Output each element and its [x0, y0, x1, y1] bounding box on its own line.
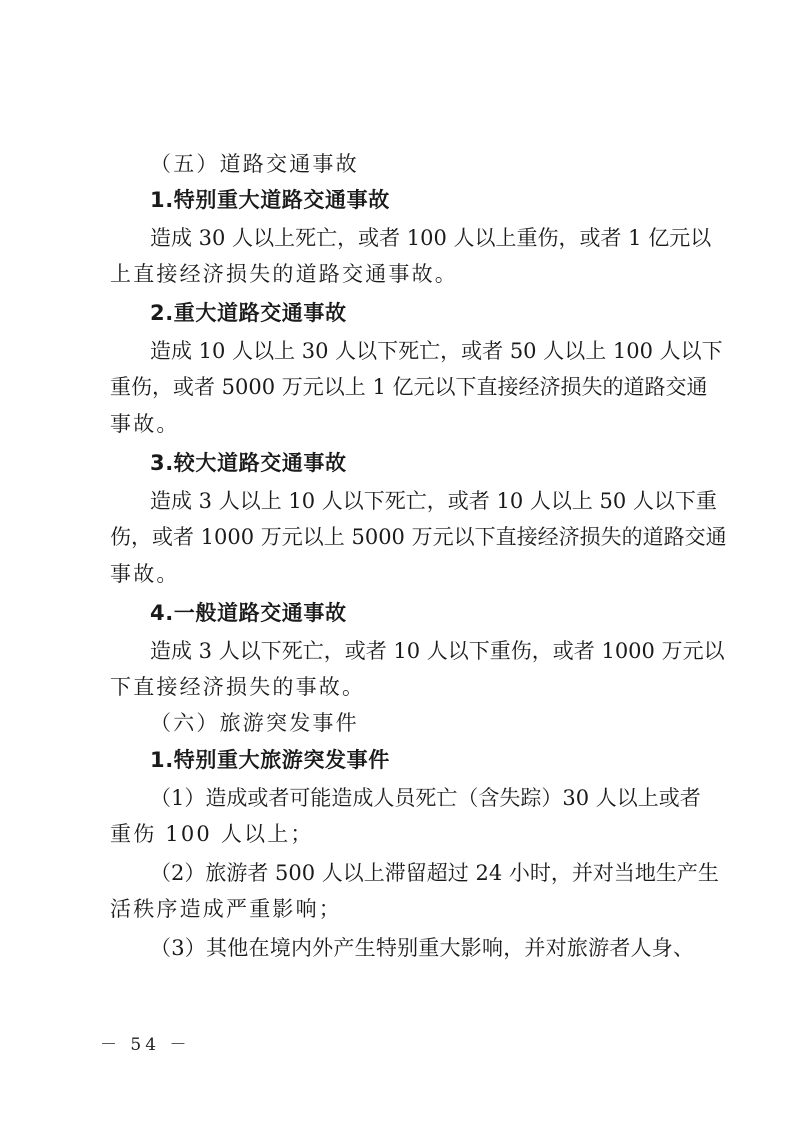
paragraph-line: 事故。	[110, 410, 180, 438]
subheading-major-road: 2.重大道路交通事故	[150, 299, 347, 327]
paragraph-line: 造成 30 人以上死亡，或者 100 人以上重伤，或者 1 亿元以	[150, 224, 694, 252]
paragraph-line: 造成 3 人以上 10 人以下死亡，或者 10 人以上 50 人以下重	[150, 487, 694, 515]
paragraph-line: 上直接经济损失的道路交通事故。	[110, 260, 458, 288]
paragraph-line: （1）造成或者可能造成人员死亡（含失踪）30 人以上或者	[150, 784, 694, 812]
section-heading-tourism: （六）旅游突发事件	[150, 709, 359, 737]
subheading-larger-road: 3.较大道路交通事故	[150, 449, 347, 477]
paragraph-line: 重伤 100 人以上；	[110, 820, 314, 848]
paragraph-line: 事故。	[110, 560, 180, 588]
paragraph-line: （3）其他在境内外产生特别重大影响，并对旅游者人身、	[150, 934, 694, 962]
paragraph-line: 重伤，或者 5000 万元以上 1 亿元以下直接经济损失的道路交通	[110, 373, 694, 401]
section-heading-road-traffic: （五）道路交通事故	[150, 150, 359, 178]
paragraph-line: （2）旅游者 500 人以上滞留超过 24 小时，并对当地生产生	[150, 859, 694, 887]
subheading-especially-major-road: 1.特别重大道路交通事故	[150, 186, 390, 214]
paragraph-line: 伤，或者 1000 万元以上 5000 万元以下直接经济损失的道路交通	[110, 523, 694, 551]
paragraph-line: 活秩序造成严重影响；	[110, 895, 342, 923]
paragraph-line: 下直接经济损失的事故。	[110, 673, 365, 701]
paragraph-line: 造成 10 人以上 30 人以下死亡，或者 50 人以上 100 人以下	[150, 337, 694, 365]
paragraph-line: 造成 3 人以下死亡，或者 10 人以下重伤，或者 1000 万元以	[150, 637, 694, 665]
subheading-especially-major-tourism: 1.特别重大旅游突发事件	[150, 746, 390, 774]
subheading-general-road: 4.一般道路交通事故	[150, 599, 347, 627]
page-number: － 54 －	[100, 1030, 190, 1055]
